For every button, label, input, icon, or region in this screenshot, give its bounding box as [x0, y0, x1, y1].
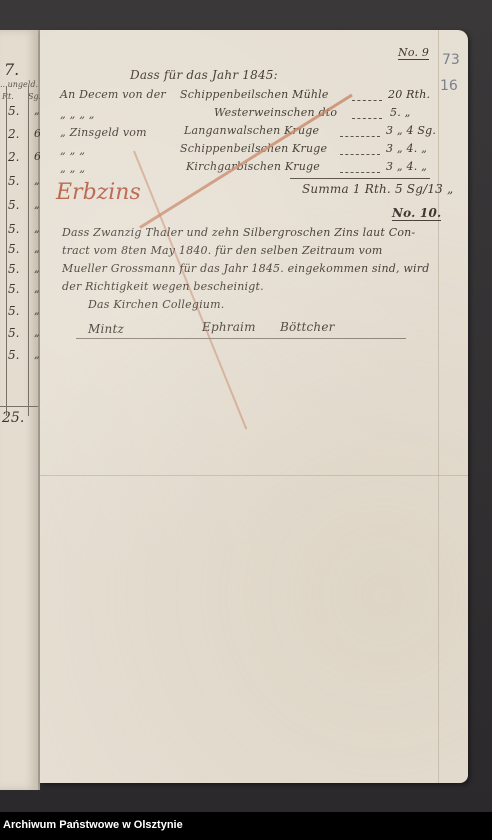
left-row: 5.„: [8, 104, 19, 124]
column-rule: [6, 86, 7, 416]
paragraph-line: Mueller Grossmann für das Jahr 1845. ein…: [62, 262, 429, 275]
left-col-header-a: Rt.: [2, 92, 14, 101]
entry-prefix: „ „ „: [60, 162, 85, 175]
left-row: 5.„: [8, 198, 19, 218]
paper-edge: [438, 30, 439, 783]
paragraph-line: Dass Zwanzig Thaler und zehn Silbergrosc…: [62, 226, 415, 239]
left-row: 5.„: [8, 326, 19, 346]
total-rule: [0, 406, 38, 407]
left-row: 5.„: [8, 174, 19, 194]
red-vertical-stroke: [133, 151, 247, 430]
left-row: 5.„: [8, 262, 19, 282]
signature: Böttcher: [280, 320, 335, 334]
signature: Mintz: [88, 322, 124, 336]
red-cross-stroke: [139, 94, 353, 229]
red-annotation: Erbzins: [56, 180, 141, 205]
entry-text: Kirchgarbischen Kruge: [186, 160, 320, 173]
archive-footer: Archiwum Państwowe w Olsztynie: [0, 812, 492, 840]
entry-text: Westerweinschen dto: [214, 106, 337, 119]
entry-amount: 5. „: [390, 106, 411, 119]
signature: Ephraim: [202, 320, 256, 334]
pencil-mark-2: 16: [440, 78, 458, 94]
leader-dashes: [340, 172, 380, 174]
entry-prefix: „ „ „ „: [60, 108, 95, 121]
leader-dashes: [352, 118, 382, 120]
left-total: 25.: [2, 410, 24, 426]
leader-dashes: [352, 100, 382, 102]
left-row: 5.„: [8, 282, 19, 302]
entry-amount: 3 „ 4. „: [386, 160, 427, 173]
paragraph-line: der Richtigkeit wegen bescheinigt.: [62, 280, 264, 293]
entry-amount: 3 „ 4. „: [386, 142, 427, 155]
leader-dashes: [340, 154, 380, 156]
pencil-mark-1: 73: [442, 52, 460, 68]
entry-number-bottom: No. 10.: [392, 206, 441, 221]
entry-prefix: „ „ „: [60, 144, 85, 157]
left-row: 5.„: [8, 222, 19, 242]
entry-number-top: No. 9: [398, 46, 429, 60]
entry-text: Schippenbeilschen Kruge: [180, 142, 327, 155]
document-page: No. 9 73 16 Dass für das Jahr 1845: An D…: [40, 30, 468, 783]
archive-name: Archiwum Państwowe w Olsztynie: [3, 819, 183, 831]
year-heading: Dass für das Jahr 1845:: [130, 68, 278, 82]
left-row: 5.„: [8, 242, 19, 262]
entry-text: Schippenbeilschen Mühle: [180, 88, 329, 101]
column-rule: [28, 86, 29, 416]
entry-prefix: „ Zinsgeld vom: [60, 126, 147, 139]
paper-fold: [40, 475, 468, 476]
left-row: 5.„: [8, 304, 19, 324]
entry-amount: 20 Rth.: [388, 88, 430, 101]
scan-image: 7. ...ungeld. Rt. Sg. 5.„ 2.6 2.6 5.„ 5.…: [0, 0, 492, 812]
left-row: 5.„: [8, 348, 19, 368]
paragraph-line: tract vom 8ten May 1840. für den selben …: [62, 244, 383, 257]
paragraph-line: Das Kirchen Collegium.: [88, 298, 224, 311]
left-page-fragment: 7. ...ungeld. Rt. Sg. 5.„ 2.6 2.6 5.„ 5.…: [0, 30, 40, 790]
leader-dashes: [340, 136, 380, 138]
left-page-heading: 7.: [4, 60, 19, 79]
entry-text: Langanwalschen Kruge: [184, 124, 319, 137]
left-row: 2.6: [8, 127, 19, 147]
signature-rule: [76, 338, 406, 339]
entry-amount: 3 „ 4 Sg.: [386, 124, 436, 137]
left-row: 2.6: [8, 150, 19, 170]
sum-line: Summa 1 Rth. 5 Sg/13 „: [302, 182, 453, 196]
entry-prefix: An Decem von der: [60, 88, 166, 101]
sum-rule: [290, 178, 430, 179]
